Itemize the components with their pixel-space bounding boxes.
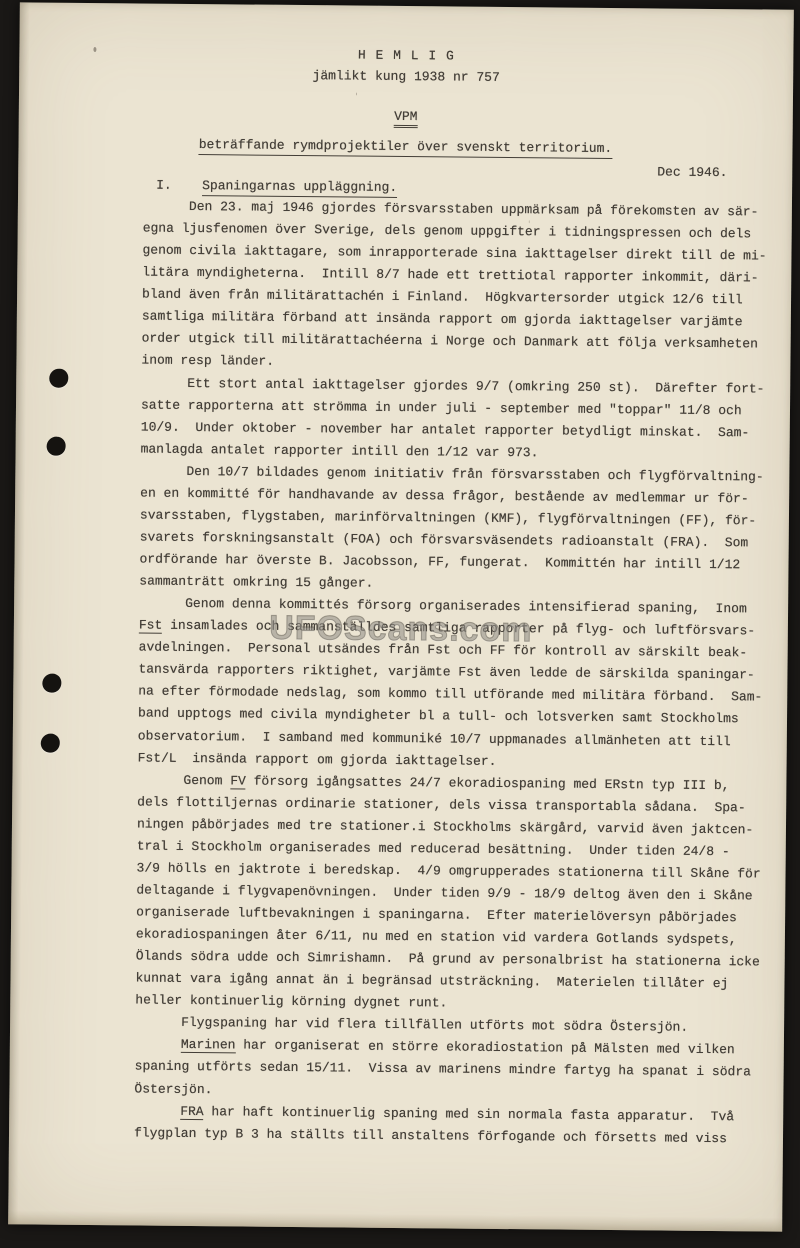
document-body: Den 23. maj 1946 gjordes försvarsstaben … — [134, 196, 792, 1151]
line-text: sammanträtt omkring 15 gånger. — [139, 574, 373, 591]
line-text: en en kommitté för handhavande av dessa … — [140, 485, 749, 506]
watermark: UFOScans.com — [14, 606, 788, 652]
line-text: ordförande har överste B. Jacobsson, FF,… — [139, 551, 740, 572]
punch-hole — [41, 734, 60, 753]
line-text: Ölands södra udde och Simrishamn. På gru… — [136, 949, 760, 970]
line-text: satte rapporterna att strömma in under j… — [141, 397, 742, 418]
line-text: dels flottiljernas ordinarie stationer, … — [137, 794, 746, 815]
line-text: genom civila iakttagare, som inrapporter… — [142, 243, 766, 264]
line-text: tansvärda rapporters riktighet, varjämte… — [138, 662, 754, 683]
line-text: Ett stort antal iakttagelser gjordes 9/7… — [187, 375, 764, 396]
line-text: har organiserat en större ekoradiostatio… — [235, 1038, 734, 1058]
line-text: försorg igångsattes 24/7 ekoradiospaning… — [246, 773, 730, 793]
line-text: Fst/L insända rapport om gjorda iakttage… — [138, 750, 497, 768]
document-title: beträffande rymdprojektiler över svenskt… — [199, 137, 613, 159]
punch-hole — [49, 369, 68, 388]
line-text: ningen påbörjades med tre stationer.i St… — [137, 816, 753, 837]
line-text: deltagande i flygvapenövningen. Under ti… — [136, 882, 752, 903]
dateline: Dec 1946. — [657, 164, 727, 180]
line-text: egna ljusfenomen över Sverige, dels geno… — [143, 221, 752, 242]
punch-hole — [42, 674, 61, 693]
line-text: heller kontinuerlig körning dygnet runt. — [135, 993, 447, 1011]
scan-background: H E M L I G jämlikt kung 1938 nr 757 VPM… — [0, 0, 800, 1248]
doc-type-heading: VPM — [394, 109, 418, 128]
underlined-term: FV — [230, 773, 246, 789]
underlined-term: FRA — [180, 1103, 204, 1119]
line-text: svarsstaben, flygstaben, marinförvaltnin… — [140, 507, 756, 528]
statute-line: jämlikt kung 1938 nr 757 — [19, 65, 793, 87]
line-text: organiserade luftbevakningen i spaningar… — [136, 904, 737, 925]
document-title-row: beträffande rymdprojektiler över svenskt… — [18, 135, 792, 160]
document-page: H E M L I G jämlikt kung 1938 nr 757 VPM… — [8, 2, 794, 1231]
underlined-term: Marinen — [181, 1037, 236, 1054]
line-text: observatorium. I samband med kommuniké 1… — [138, 728, 731, 749]
line-text: tral i Stockholm organiserades med reduc… — [137, 838, 730, 859]
line-text: svarets forskningsanstalt (FOA) och förs… — [140, 529, 749, 550]
punch-hole — [47, 437, 66, 456]
section-title: Spaningarnas uppläggning. — [202, 178, 397, 198]
doc-type-heading-row: VPM — [19, 105, 793, 131]
line-text: Östersjön. — [134, 1081, 212, 1097]
line-text: Genom — [183, 773, 230, 788]
line-text: ekoradiospaningen åter 6/11, nu med en s… — [136, 927, 737, 948]
line-text: order utgick till militärattachéerna i N… — [142, 331, 758, 352]
line-text: Flygspaning har vid flera tillfällen utf… — [181, 1015, 688, 1035]
line-text: 3/9 hölls en jaktrote i beredskap. 4/9 o… — [137, 860, 761, 881]
section-number: I. — [156, 178, 172, 193]
line-text: na efter förmodade nedslag, som kommo ti… — [138, 684, 762, 705]
line-text: litära myndigheterna. Intill 8/7 hade et… — [142, 265, 758, 286]
line-text: bland även från militärattachén i Finlan… — [142, 287, 743, 308]
line-text: Den 23. maj 1946 gjordes försvarsstaben … — [189, 199, 759, 219]
line-text: spaning utförts sedan 15/11. Vissa av ma… — [135, 1059, 751, 1080]
line-text: band upptogs med civila myndigheter bl a… — [138, 706, 739, 727]
line-text: flygplan typ B 3 ha ställts till anstalt… — [134, 1125, 727, 1146]
line-text: manlagda antalet rapporter intill den 1/… — [141, 441, 539, 460]
line-text: Den 10/7 bildades genom initiativ från f… — [186, 464, 763, 485]
line-text: 10/9. Under oktober - november har antal… — [141, 419, 750, 440]
line-text: inom resp länder. — [141, 353, 274, 369]
classification-heading: H E M L I G — [19, 44, 793, 66]
line-text: kunnat vara igång annat än i begränsad u… — [135, 971, 728, 992]
line-text: har haft kontinuerlig spaning med sin no… — [204, 1104, 735, 1124]
line-text: samtliga militära förband att insända ra… — [142, 309, 743, 330]
